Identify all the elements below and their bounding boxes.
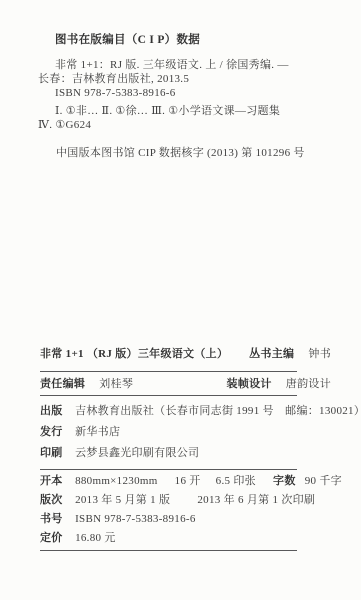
designer-group: 装帧设计 唐韵设计 [227, 377, 331, 391]
chief-editor-name: 钟书 [308, 348, 331, 360]
book-number-row: 书号 ISBN 978-7-5383-8916-6 [40, 510, 331, 529]
cip-classification-line-1: Ⅰ. ①非… Ⅱ. ①徐… Ⅲ. ①小学语文课—习题集 [38, 105, 335, 119]
cip-data-block: 图书在版编目（C I P）数据 非常 1+1：RJ 版. 三年级语文. 上 / … [38, 31, 335, 160]
chief-editor-group: 丛书主编 钟书 [249, 347, 331, 361]
designer-label: 装帧设计 [227, 378, 272, 390]
publisher-label: 出版 [40, 401, 72, 422]
printing-run-value: 2013 年 6 月第 1 次印刷 [197, 494, 315, 506]
publishing-rows: 出版 吉林教育出版社（长春市同志街 1991 号 邮编：130021） 发行 新… [38, 396, 331, 469]
cip-heading: 图书在版编目（C I P）数据 [55, 31, 335, 47]
book-title: 非常 1+1 （RJ 版）三年级语文（上） [40, 347, 228, 361]
distributor-value: 新华书店 [75, 426, 120, 438]
cip-bibliographic-paragraph: 非常 1+1：RJ 版. 三年级语文. 上 / 徐国秀编. — 长春：吉林教育出… [38, 58, 335, 100]
wordcount-value: 90 千字 [305, 475, 342, 487]
distributor-label: 发行 [40, 422, 72, 443]
cip-record-line: 中国版本图书馆 CIP 数据核字 (2013) 第 101296 号 [38, 144, 335, 160]
price-value: 16.80 元 [75, 532, 116, 544]
cip-publisher-line: 长春：吉林教育出版社, 2013.5 [38, 72, 335, 86]
cip-classification-line-2: Ⅳ. ①G624 [38, 119, 335, 133]
distributor-row: 发行 新华书店 [40, 422, 331, 443]
publisher-value: 吉林教育出版社（长春市同志街 1991 号 邮编：130021） [75, 405, 361, 417]
book-number-label: 书号 [40, 510, 72, 529]
printer-row: 印刷 云梦县鑫光印刷有限公司 [40, 443, 331, 464]
responsible-editor-name: 刘桂琴 [99, 378, 133, 390]
format-label: 开本 [40, 472, 72, 491]
divider-rule [40, 550, 297, 551]
price-row: 定价 16.80 元 [40, 529, 331, 548]
format-value: 880mm×1230mm [75, 475, 158, 487]
editors-row: 责任编辑 刘桂琴 装帧设计 唐韵设计 [38, 372, 331, 395]
edition-label: 版次 [40, 491, 72, 510]
publisher-row: 出版 吉林教育出版社（长春市同志街 1991 号 邮编：130021） [40, 401, 331, 422]
designer-name: 唐韵设计 [286, 378, 331, 390]
book-number-value: ISBN 978-7-5383-8916-6 [75, 513, 196, 525]
cip-classification-paragraph: Ⅰ. ①非… Ⅱ. ①徐… Ⅲ. ①小学语文课—习题集 Ⅳ. ①G624 [38, 105, 335, 132]
sheets-value: 16 开 [175, 475, 201, 487]
book-title-row: 非常 1+1 （RJ 版）三年级语文（上） 丛书主编 钟书 [38, 340, 331, 371]
colophon-page: 图书在版编目（C I P）数据 非常 1+1：RJ 版. 三年级语文. 上 / … [0, 0, 361, 600]
wordcount-label: 字数 [273, 475, 296, 487]
format-row: 开本 880mm×1230mm 16 开 6.5 印张 字数 90 千字 [40, 472, 331, 491]
cip-isbn-line: ISBN 978-7-5383-8916-6 [38, 86, 335, 100]
specs-rows: 开本 880mm×1230mm 16 开 6.5 印张 字数 90 千字 版次 … [38, 470, 331, 550]
chief-editor-label: 丛书主编 [249, 348, 294, 360]
printer-label: 印刷 [40, 443, 72, 464]
edition-value: 2013 年 5 月第 1 版 [75, 494, 170, 506]
price-label: 定价 [40, 529, 72, 548]
printer-value: 云梦县鑫光印刷有限公司 [75, 447, 199, 459]
cip-title-line: 非常 1+1：RJ 版. 三年级语文. 上 / 徐国秀编. — [38, 58, 335, 72]
responsible-editor-label: 责任编辑 [40, 378, 85, 390]
responsible-editor-group: 责任编辑 刘桂琴 [40, 377, 133, 391]
impressions-value: 6.5 印张 [216, 475, 256, 487]
edition-row: 版次 2013 年 5 月第 1 版 2013 年 6 月第 1 次印刷 [40, 491, 331, 510]
publication-info-block: 非常 1+1 （RJ 版）三年级语文（上） 丛书主编 钟书 责任编辑 刘桂琴 装… [38, 340, 331, 551]
